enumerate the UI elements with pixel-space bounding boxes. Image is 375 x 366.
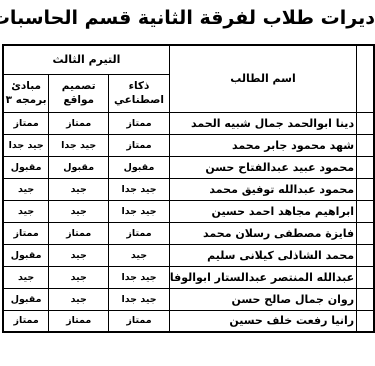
table-row: دينا ابوالحمد جمال شبيه الحمد ممتاز ممتا… — [3, 112, 374, 134]
grade-cell-web: جيد — [49, 200, 109, 222]
grade-cell-ai: جيد — [109, 244, 170, 266]
table-row: روان جمال صالح حسن جيد جدا جيد مقبول — [3, 288, 374, 310]
grade-cell-web: ممتاز — [49, 310, 109, 332]
grade-cell-ai: جيد جدا — [109, 200, 170, 222]
grade-cell-web: جيد — [49, 266, 109, 288]
grade-cell-prog: مقبول — [3, 288, 49, 310]
grade-cell-ai: ممتاز — [109, 134, 170, 156]
student-name-cell: محمود عبيد عبدالفتاح حسن — [169, 156, 356, 178]
student-name-cell: دينا ابوالحمد جمال شبيه الحمد — [169, 112, 356, 134]
table-row: محمد الشاذلى كيلانى سليم جيد جيد مقبول — [3, 244, 374, 266]
serial-cell — [357, 222, 374, 244]
document-page: { "page": { "title": "ديرات طلاب لفرقة ا… — [0, 0, 375, 366]
subject-header-web: تصميم مواقع — [49, 74, 109, 112]
table-row: عبدالله المنتصر عبدالستار ابوالوفا جيد ج… — [3, 266, 374, 288]
student-name-cell: فايزة مصطفى رسلان محمد — [169, 222, 356, 244]
grade-cell-web: جيد جدا — [49, 134, 109, 156]
table-row: شهد محمود جابر محمد ممتاز جيد جدا جيد جد… — [3, 134, 374, 156]
grade-cell-ai: جيد جدا — [109, 266, 170, 288]
grade-cell-web: ممتاز — [49, 222, 109, 244]
term-header-row: اسم الطالب التيرم الثالث — [3, 45, 374, 74]
grade-cell-web: ممتاز — [49, 112, 109, 134]
grade-cell-ai: ممتاز — [109, 112, 170, 134]
table-row: فايزة مصطفى رسلان محمد ممتاز ممتاز ممتاز — [3, 222, 374, 244]
grade-cell-prog: جيد — [3, 178, 49, 200]
grade-cell-web: جيد — [49, 244, 109, 266]
grades-table: اسم الطالب التيرم الثالث ذكاء اصطناعي تص… — [2, 44, 375, 333]
page-title: ديرات طلاب لفرقة الثانية قسم الحاسبات و … — [0, 2, 375, 34]
grade-cell-prog: جيد جدا — [3, 134, 49, 156]
grade-cell-ai: جيد جدا — [109, 288, 170, 310]
subject-header-ai: ذكاء اصطناعي — [109, 74, 170, 112]
grade-cell-ai: ممتاز — [109, 310, 170, 332]
grade-cell-web: جيد — [49, 178, 109, 200]
grade-cell-prog: جيد — [3, 200, 49, 222]
table-row: ابراهيم مجاهد احمد حسين جيد جدا جيد جيد — [3, 200, 374, 222]
table-row: محمود عبيد عبدالفتاح حسن مقبول مقبول مقب… — [3, 156, 374, 178]
serial-cell — [357, 178, 374, 200]
grade-cell-ai: مقبول — [109, 156, 170, 178]
serial-cell — [357, 112, 374, 134]
table-row: رانيا رفعت خلف حسين ممتاز ممتاز ممتاز — [3, 310, 374, 332]
serial-cell — [357, 134, 374, 156]
grade-cell-ai: جيد جدا — [109, 178, 170, 200]
student-name-cell: روان جمال صالح حسن — [169, 288, 356, 310]
grade-cell-prog: جيد — [3, 266, 49, 288]
term-header-cell: التيرم الثالث — [3, 45, 169, 74]
serial-header-cell — [357, 45, 374, 112]
grade-cell-web: مقبول — [49, 156, 109, 178]
student-name-header-cell: اسم الطالب — [169, 45, 356, 112]
student-name-cell: شهد محمود جابر محمد — [169, 134, 356, 156]
grade-cell-prog: ممتاز — [3, 112, 49, 134]
grade-cell-prog: ممتاز — [3, 310, 49, 332]
subject-header-prog: مبادئ برمجه ٣ — [3, 74, 49, 112]
serial-cell — [357, 244, 374, 266]
student-name-cell: محمود عبدالله توفيق محمد — [169, 178, 356, 200]
grade-cell-prog: ممتاز — [3, 222, 49, 244]
student-name-cell: محمد الشاذلى كيلانى سليم — [169, 244, 356, 266]
serial-cell — [357, 288, 374, 310]
student-name-cell: عبدالله المنتصر عبدالستار ابوالوفا — [169, 266, 356, 288]
serial-cell — [357, 200, 374, 222]
grade-cell-prog: مقبول — [3, 156, 49, 178]
serial-cell — [357, 310, 374, 332]
student-name-cell: ابراهيم مجاهد احمد حسين — [169, 200, 356, 222]
grade-cell-prog: مقبول — [3, 244, 49, 266]
grade-cell-web: جيد — [49, 288, 109, 310]
serial-cell — [357, 156, 374, 178]
serial-cell — [357, 266, 374, 288]
student-name-cell: رانيا رفعت خلف حسين — [169, 310, 356, 332]
table-row: محمود عبدالله توفيق محمد جيد جدا جيد جيد — [3, 178, 374, 200]
grade-cell-ai: ممتاز — [109, 222, 170, 244]
